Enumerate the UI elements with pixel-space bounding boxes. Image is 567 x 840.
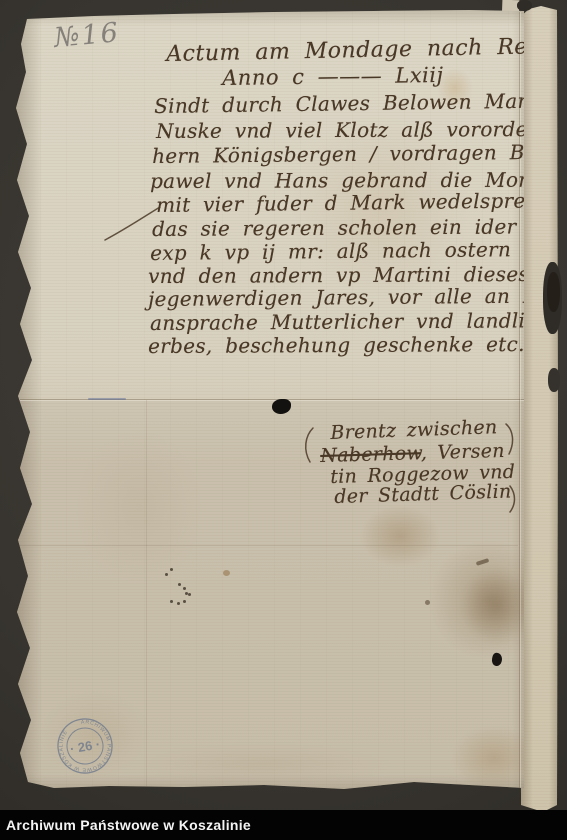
watermark-bar: Archiwum Państwowe w Koszalinie	[0, 810, 567, 840]
manuscript-page: №16 Actum am Mondage nach Regum Anno c —…	[14, 8, 528, 794]
archive-document-scan: №16 Actum am Mondage nach Regum Anno c —…	[0, 0, 567, 840]
stamp-number: · 26 ·	[69, 736, 101, 756]
ink-flourish-swash	[105, 207, 160, 240]
edge-shadow-gap	[517, 0, 532, 11]
edge-shadow-gap	[548, 368, 560, 392]
archive-stamp: ARCHIWUM PAŃSTWOWE W KOSZALINIE · 26 ·	[47, 708, 123, 784]
archive-watermark-text: Archiwum Państwowe w Koszalinie	[0, 810, 251, 840]
ink-flourish-paren	[306, 428, 313, 462]
ink-flourish-paren	[506, 424, 513, 454]
ink-flourish-paren	[510, 486, 515, 512]
ink-flourishes	[14, 8, 528, 794]
edge-shadow-gap	[547, 272, 560, 312]
